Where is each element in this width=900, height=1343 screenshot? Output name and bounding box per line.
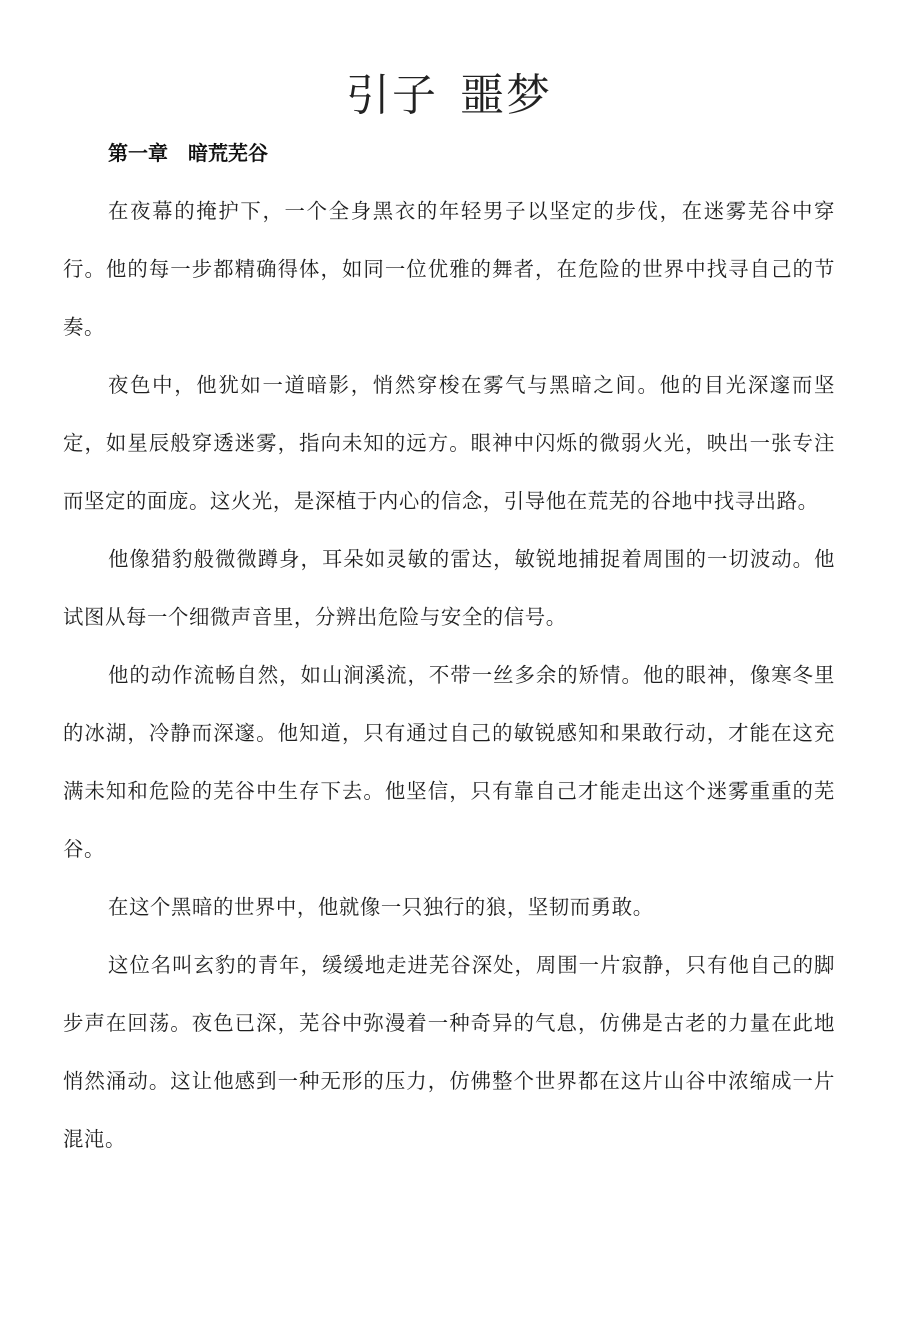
document-body: 在夜幕的掩护下，一个全身黑衣的年轻男子以坚定的步伐，在迷雾芜谷中穿行。他的每一步…	[63, 182, 835, 1168]
paragraph-6: 这位名叫玄豹的青年，缓缓地走进芜谷深处，周围一片寂静，只有他自己的脚步声在回荡。…	[63, 936, 835, 1168]
paragraph-3: 他像猎豹般微微蹲身，耳朵如灵敏的雷达，敏锐地捕捉着周围的一切波动。他试图从每一个…	[63, 530, 835, 646]
chapter-heading: 第一章 暗荒芜谷	[108, 138, 268, 168]
paragraph-4: 他的动作流畅自然，如山涧溪流，不带一丝多余的矫情。他的眼神，像寒冬里的冰湖，冷静…	[63, 646, 835, 878]
page-title: 引子噩梦	[63, 66, 835, 126]
title-nightmare: 噩梦	[460, 70, 552, 121]
paragraph-1: 在夜幕的掩护下，一个全身黑衣的年轻男子以坚定的步伐，在迷雾芜谷中穿行。他的每一步…	[63, 182, 835, 356]
paragraph-5: 在这个黑暗的世界中，他就像一只独行的狼，坚韧而勇敢。	[63, 878, 835, 936]
title-prologue: 引子	[346, 70, 438, 121]
paragraph-2: 夜色中，他犹如一道暗影，悄然穿梭在雾气与黑暗之间。他的目光深邃而坚定，如星辰般穿…	[63, 356, 835, 530]
